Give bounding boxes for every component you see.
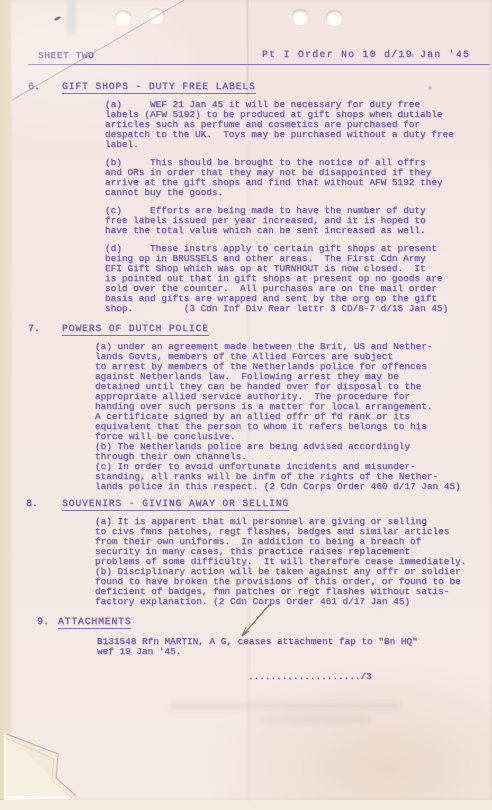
section-number: 8. — [26, 499, 38, 510]
bleed-through-text — [260, 716, 370, 723]
section-title: POWERS OF DUTCH POLICE — [62, 323, 209, 336]
punch-hole — [147, 6, 167, 25]
edge-stain — [67, 0, 76, 34]
section-number: 9. — [37, 617, 49, 628]
scanned-document: SHEET TWO Pt I Order No 10 d/19 Jan '45 … — [0, 0, 492, 810]
punch-hole — [115, 10, 132, 26]
continuation-marker: ..................../3 — [248, 672, 408, 682]
punch-hole — [292, 9, 309, 25]
sheet-label: SHEET TWO — [38, 50, 94, 61]
section-title: SOUVENIRS - GIVING AWAY OR SELLING — [62, 498, 289, 511]
bleed-through-text — [170, 702, 400, 710]
punch-hole — [325, 9, 344, 27]
paragraph: (a) It is apparent that mil personnel ar… — [95, 517, 481, 607]
paragraph: (a) WEF 21 Jan 45 it will be necessary f… — [105, 100, 491, 150]
paragraph: (c) Efforts are being made to have the n… — [105, 206, 491, 236]
section-title: ATTACHMENTS — [58, 616, 131, 629]
paragraph: (a) under an agreement made between the … — [95, 342, 481, 492]
under-sheet-bottom-edge — [0, 799, 492, 810]
section-title: GIFT SHOPS - DUTY FREE LABELS — [62, 81, 256, 94]
ink-speck — [54, 16, 62, 22]
paragraph: (d) These instrs apply to certain gift s… — [105, 244, 491, 314]
paragraph: (b) This should be brought to the notice… — [105, 158, 491, 198]
document-page: SHEET TWO Pt I Order No 10 d/19 Jan '45 … — [10, 0, 492, 800]
header-rule — [28, 64, 490, 65]
section-number: 7. — [28, 324, 40, 335]
section-number: 6. — [28, 82, 40, 93]
dog-ear-fold — [4, 726, 80, 800]
paper-speck — [428, 86, 432, 90]
paragraph: B131548 Rfn MARTIN, A G, ceases attachme… — [97, 637, 483, 657]
order-reference: Pt I Order No 10 d/19 Jan '45 — [262, 49, 470, 60]
